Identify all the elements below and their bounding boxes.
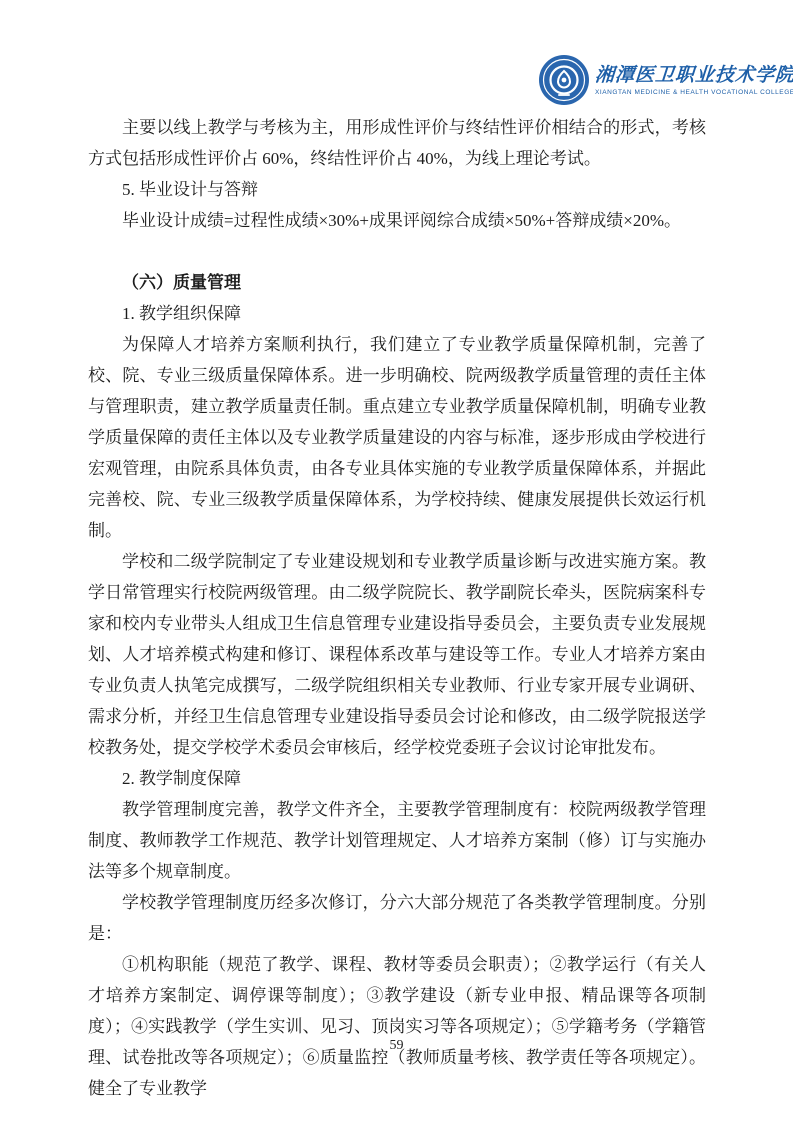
subheading-teaching-rules: 2. 教学制度保障	[88, 763, 706, 794]
section-heading-quality-management: （六）质量管理	[88, 267, 706, 298]
paragraph-quality-assurance-system: 为保障人才培养方案顺利执行，我们建立了专业教学质量保障机制，完善了校、院、专业三…	[88, 329, 706, 546]
subheading-teaching-organization: 1. 教学组织保障	[88, 298, 706, 329]
paragraph-school-college-management: 学校和二级学院制定了专业建设规划和专业教学质量诊断与改进实施方案。教学日常管理实…	[88, 546, 706, 763]
page-number: 59	[0, 1038, 793, 1054]
document-body: 主要以线上教学与考核为主，用形成性评价与终结性评价相结合的形式，考核方式包括形成…	[88, 112, 706, 1104]
paragraph-assessment-method: 主要以线上教学与考核为主，用形成性评价与终结性评价相结合的形式，考核方式包括形成…	[88, 112, 706, 174]
paragraph-rules-revision: 学校教学管理制度历经多次修订，分六大部分规范了各类教学管理制度。分别是：	[88, 887, 706, 949]
paragraph-six-rule-categories: ①机构职能（规范了教学、课程、教材等委员会职责）；②教学运行（有关人才培养方案制…	[88, 949, 706, 1104]
college-logo: 湘潭医卫职业技术学院 XIANGTAN MEDICINE & HEALTH VO…	[538, 52, 788, 108]
paragraph-grade-formula: 毕业设计成绩=过程性成绩×30%+成果评阅综合成绩×50%+答辩成绩×20%。	[88, 205, 706, 236]
paragraph-item5-title: 5. 毕业设计与答辩	[88, 174, 706, 205]
college-name-en: XIANGTAN MEDICINE & HEALTH VOCATIONAL CO…	[595, 88, 793, 97]
college-seal-icon	[538, 54, 590, 106]
paragraph-management-rules: 教学管理制度完善，教学文件齐全，主要教学管理制度有：校院两级教学管理制度、教师教…	[88, 794, 706, 887]
college-name-cn: 湘潭医卫职业技术学院	[594, 64, 793, 86]
college-name-block: 湘潭医卫职业技术学院 XIANGTAN MEDICINE & HEALTH VO…	[595, 64, 793, 97]
document-page: 湘潭医卫职业技术学院 XIANGTAN MEDICINE & HEALTH VO…	[0, 0, 793, 1122]
